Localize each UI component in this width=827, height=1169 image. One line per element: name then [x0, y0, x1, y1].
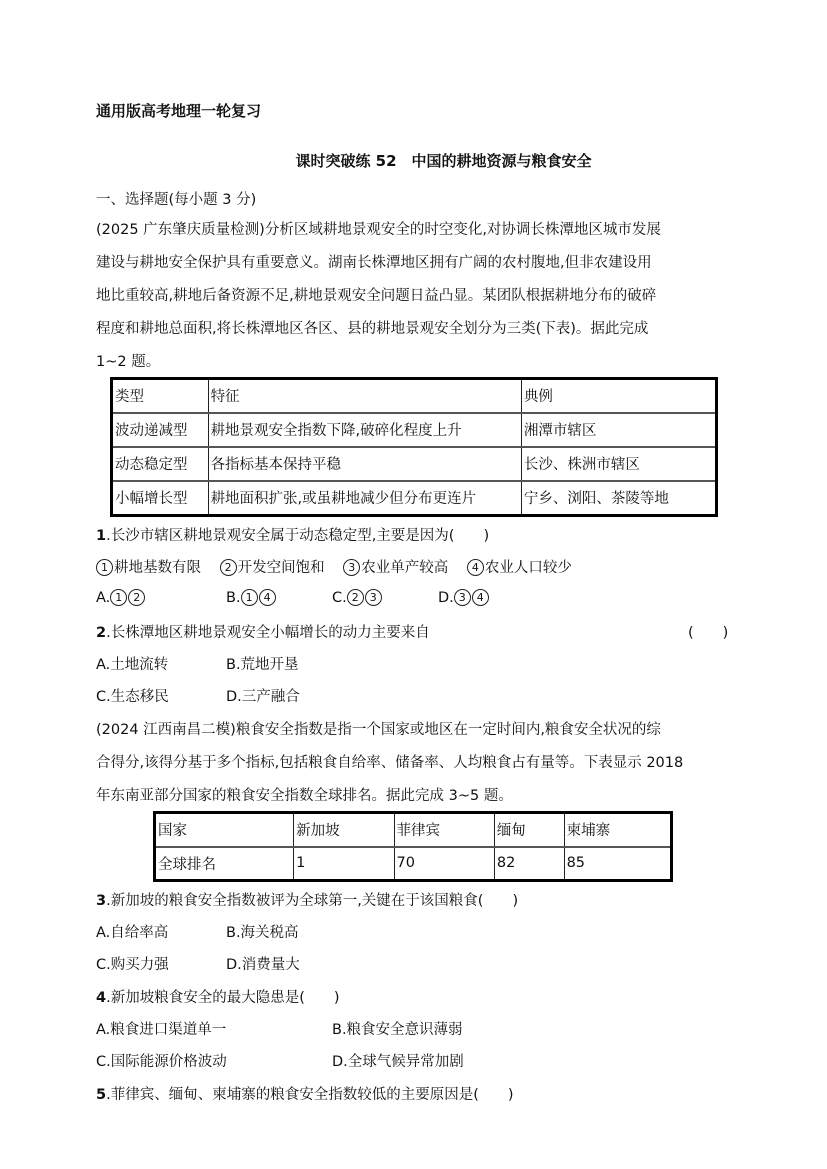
passage-1-line: 1~2 题。 [96, 350, 160, 371]
table-cell: 宁乡、浏阳、茶陵等地 [521, 481, 716, 516]
table-row: 动态稳定型 各指标基本保持平稳 长沙、株洲市辖区 [112, 447, 717, 481]
table-cell: 动态稳定型 [112, 447, 209, 481]
table-cell: 85 [564, 847, 671, 881]
table-cell: 70 [394, 847, 494, 881]
circled-number-icon: 4 [472, 589, 489, 606]
question-text: .长株潭地区耕地景观安全小幅增长的动力主要来自 [106, 625, 430, 641]
lesson-title: 课时突破练 52 中国的耕地资源与粮食安全 [0, 150, 827, 171]
option-c[interactable]: C.购买力强 [96, 953, 169, 974]
option-b[interactable]: B.荒地开垦 [226, 653, 299, 674]
circled-number-icon: 1 [110, 589, 127, 606]
question-text: .新加坡粮食安全的最大隐患是( ) [106, 990, 339, 1006]
circled-number-icon: 4 [467, 559, 484, 576]
table-cell: 波动递减型 [112, 413, 209, 447]
option-a[interactable]: A.土地流转 [96, 653, 168, 674]
passage-1-line: 程度和耕地总面积,将长株潭地区各区、县的耕地景观安全划分为三类(下表)。据此完成 [96, 317, 648, 338]
question-3-stem: 3.新加坡的粮食安全指数被评为全球第一,关键在于该国粮食( ) [96, 889, 518, 910]
passage-1-line: (2025 广东肇庆质量检测)分析区域耕地景观安全的时空变化,对协调长株潭地区城… [96, 218, 661, 239]
option-b[interactable]: B.粮食安全意识薄弱 [332, 1018, 463, 1039]
table-header-cell: 缅甸 [494, 813, 564, 847]
option-b[interactable]: B.海关税高 [226, 921, 299, 942]
statement-1: 1耕地基数有限 [96, 560, 201, 576]
table-header-cell: 特征 [208, 379, 521, 413]
table-cell: 湘潭市辖区 [521, 413, 716, 447]
statement-3: 3农业单产较高 [343, 560, 448, 576]
table-cell: 小幅增长型 [112, 481, 209, 516]
passage-1-line: 地比重较高,耕地后备资源不足,耕地景观安全问题日益凸显。某团队根据耕地分布的破碎 [96, 284, 656, 305]
option-d[interactable]: D.34 [438, 589, 490, 606]
cropland-type-table: 类型 特征 典例 波动递减型 耕地景观安全指数下降,破碎化程度上升 湘潭市辖区 … [110, 377, 718, 517]
section-heading: 一、选择题(每小题 3 分) [96, 188, 256, 209]
circled-number-icon: 1 [241, 589, 258, 606]
option-a[interactable]: A.粮食进口渠道单一 [96, 1018, 226, 1039]
circled-number-icon: 2 [347, 589, 364, 606]
food-security-ranking-table: 国家 新加坡 菲律宾 缅甸 柬埔寨 全球排名 1 70 82 85 [153, 811, 673, 882]
table-header-row: 国家 新加坡 菲律宾 缅甸 柬埔寨 [155, 813, 672, 847]
table-cell: 耕地景观安全指数下降,破碎化程度上升 [208, 413, 521, 447]
table-header-cell: 新加坡 [294, 813, 394, 847]
circled-number-icon: 3 [365, 589, 382, 606]
table-header-cell: 国家 [155, 813, 294, 847]
table-header-row: 类型 特征 典例 [112, 379, 717, 413]
question-number: 4 [96, 990, 106, 1006]
option-d[interactable]: D.消费量大 [226, 953, 300, 974]
question-5-stem: 5.菲律宾、缅甸、柬埔寨的粮食安全指数较低的主要原因是( ) [96, 1083, 514, 1104]
question-1-statements: 1耕地基数有限 2开发空间饱和 3农业单产较高 4农业人口较少 [96, 556, 572, 577]
circled-number-icon: 3 [343, 559, 360, 576]
passage-1-line: 建设与耕地安全保护具有重要意义。湖南长株潭地区拥有广阔的农村腹地,但非农建设用 [96, 251, 652, 272]
table-header-cell: 类型 [112, 379, 209, 413]
table-cell: 耕地面积扩张,或虽耕地减少但分布更连片 [208, 481, 521, 516]
question-number: 1 [96, 528, 106, 544]
question-number: 5 [96, 1087, 106, 1103]
option-c[interactable]: C.生态移民 [96, 685, 169, 706]
circled-number-icon: 1 [96, 559, 113, 576]
circled-number-icon: 3 [454, 589, 471, 606]
table-cell: 1 [294, 847, 394, 881]
question-4-stem: 4.新加坡粮食安全的最大隐患是( ) [96, 986, 340, 1007]
option-a[interactable]: A.自给率高 [96, 921, 168, 942]
table-header-cell: 典例 [521, 379, 716, 413]
option-a[interactable]: A.12 [96, 589, 146, 606]
question-text: .菲律宾、缅甸、柬埔寨的粮食安全指数较低的主要原因是( ) [106, 1087, 513, 1103]
circled-number-icon: 2 [220, 559, 237, 576]
passage-2-line: 年东南亚部分国家的粮食安全指数全球排名。据此完成 3~5 题。 [96, 784, 513, 805]
statement-2: 2开发空间饱和 [220, 560, 325, 576]
table-row: 全球排名 1 70 82 85 [155, 847, 672, 881]
table-header-cell: 菲律宾 [394, 813, 494, 847]
question-2-stem: 2.长株潭地区耕地景观安全小幅增长的动力主要来自 [96, 621, 430, 642]
circled-number-icon: 2 [128, 589, 145, 606]
option-d[interactable]: D.全球气候异常加剧 [332, 1050, 464, 1071]
option-c[interactable]: C.23 [332, 589, 383, 606]
question-1-stem: 1.长沙市辖区耕地景观安全属于动态稳定型,主要是因为( ) [96, 524, 489, 545]
table-cell: 全球排名 [155, 847, 294, 881]
table-cell: 各指标基本保持平稳 [208, 447, 521, 481]
table-row: 小幅增长型 耕地面积扩张,或虽耕地减少但分布更连片 宁乡、浏阳、茶陵等地 [112, 481, 717, 516]
table-header-cell: 柬埔寨 [564, 813, 671, 847]
table-cell: 82 [494, 847, 564, 881]
question-number: 2 [96, 625, 106, 641]
answer-blank: ( ) [688, 621, 728, 642]
table-cell: 长沙、株洲市辖区 [521, 447, 716, 481]
table-row: 波动递减型 耕地景观安全指数下降,破碎化程度上升 湘潭市辖区 [112, 413, 717, 447]
passage-2-line: 合得分,该得分基于多个指标,包括粮食自给率、储备率、人均粮食占有量等。下表显示 … [96, 751, 683, 772]
question-text: .长沙市辖区耕地景观安全属于动态稳定型,主要是因为( ) [106, 528, 489, 544]
passage-2-line: (2024 江西南昌二模)粮食安全指数是指一个国家或地区在一定时间内,粮食安全状… [96, 718, 661, 739]
series-title: 通用版高考地理一轮复习 [96, 100, 261, 121]
question-number: 3 [96, 893, 106, 909]
question-text: .新加坡的粮食安全指数被评为全球第一,关键在于该国粮食( ) [106, 893, 518, 909]
option-b[interactable]: B.14 [226, 589, 277, 606]
statement-4: 4农业人口较少 [467, 560, 572, 576]
option-c[interactable]: C.国际能源价格波动 [96, 1050, 227, 1071]
circled-number-icon: 4 [259, 589, 276, 606]
option-d[interactable]: D.三产融合 [226, 685, 300, 706]
